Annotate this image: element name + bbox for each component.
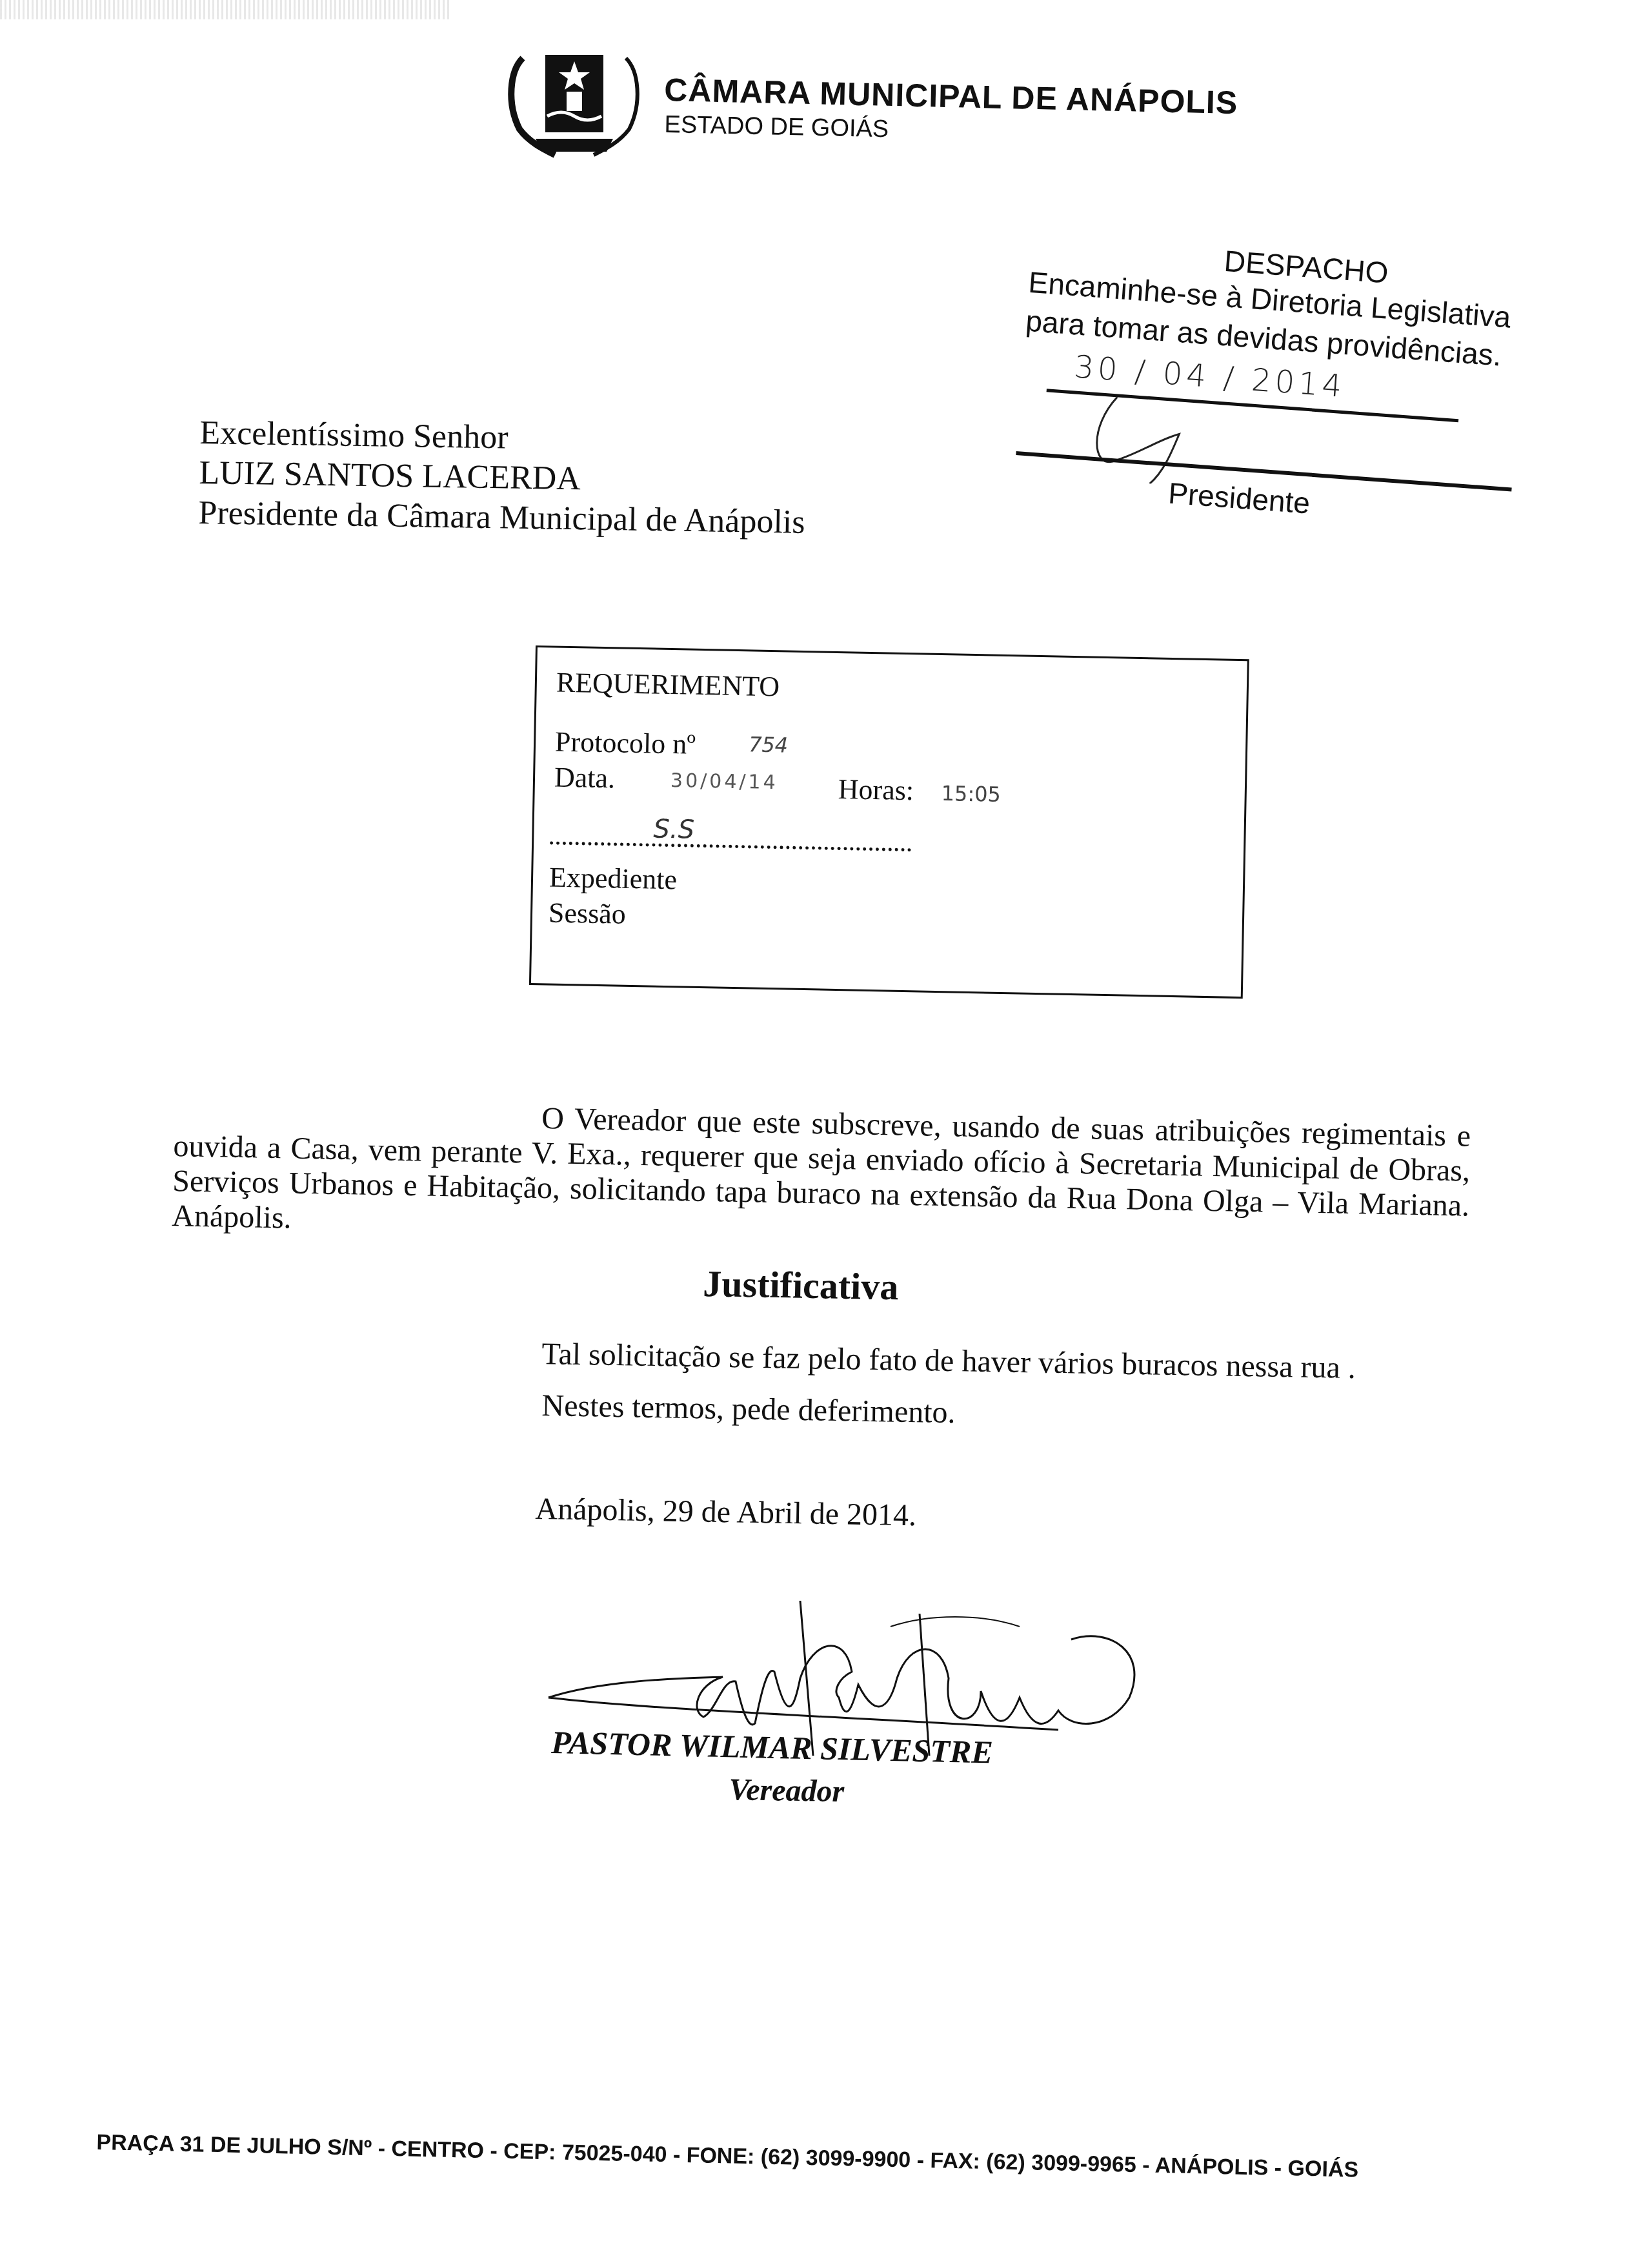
closing-line: Nestes termos, pede deferimento. (541, 1388, 956, 1430)
hours-value: 15:05 (941, 781, 1001, 807)
municipal-coat-of-arms-icon (497, 32, 652, 161)
president-signature-icon (1073, 388, 1208, 487)
receiver-initials: S.S (653, 815, 694, 845)
dotted-signature-line (550, 841, 911, 851)
scan-artifact (0, 0, 452, 19)
institution-subtitle: ESTADO DE GOIÁS (664, 111, 889, 143)
requerimento-protocol-box: REQUERIMENTO Protocolo nº 754 Data. 30/0… (529, 645, 1249, 999)
sessao-label: Sessão (549, 896, 627, 930)
date-label: Data. (554, 761, 616, 795)
protocol-value: 754 (749, 732, 789, 757)
request-paragraph: O Vereador que este subscreve, usando de… (172, 1094, 1471, 1259)
protocol-label: Protocolo nº (555, 726, 696, 761)
signer-role: Vereador (729, 1772, 845, 1809)
justificativa-text: Tal solicitação se faz pelo fato de have… (541, 1336, 1356, 1386)
justificativa-heading: Justificativa (703, 1262, 899, 1308)
request-body: O Vereador que este subscreve, usando de… (172, 1094, 1471, 1259)
addressee-block: Excelentíssimo Senhor LUIZ SANTOS LACERD… (198, 413, 807, 543)
expediente-label: Expediente (549, 860, 678, 896)
requerimento-title: REQUERIMENTO (556, 666, 780, 704)
despacho-stamp: DESPACHO Encaminhe-se à Diretoria Legisl… (1012, 229, 1560, 551)
stamp-signer-label: Presidente (1167, 476, 1311, 521)
place-and-date: Anápolis, 29 de Abril de 2014. (535, 1491, 916, 1533)
date-value: 30/04/14 (670, 769, 778, 794)
hours-label: Horas: (838, 773, 914, 807)
footer-address: PRAÇA 31 DE JULHO S/Nº - CENTRO - CEP: 7… (96, 2130, 1358, 2183)
